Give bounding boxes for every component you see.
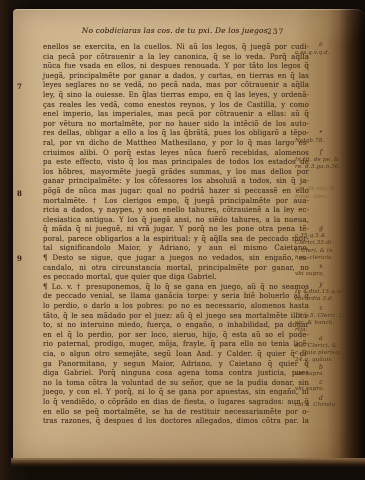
body-line: enellos se exercita, en la cuellos. Ni a… [43,43,309,53]
body-line: diga Gabriel. Porq̃ ninguna cosa agena t… [43,369,309,379]
margin-note: col.6. Christo. [295,402,347,409]
photo-background: No cobdiciaras las cos. de tu pxi. De lo… [0,0,365,480]
body-line: mortalmẽte. † Los clerigos empo, q̃ jue… [43,197,309,207]
body-line: cia, o algun otro semejãte, segũ Ioan … [43,350,309,360]
margin-note: c.ss.q.v.q.d. [295,50,347,57]
body-line: rio paternal, prodigo, muger, mõja, fra… [43,340,309,350]
body-line: nũca fue vsada en ellos, ni despues ren… [43,62,309,72]
body-line: leyes seglares no se vedã, no pecã nad… [43,81,309,91]
body-line: res dellas, obligar a ello a los q̃ las … [43,129,309,139]
body-line: candalo, ni otra circunstancia mortal, p… [43,264,309,274]
body-line: lo perdio, o darlo a los pobres: po no e… [43,302,309,312]
body-line: põgã de nũca mas jugar: qual no podri… [43,187,309,197]
body-line: criuimos alibi. O porq̃ estas leyes nũc… [43,149,309,159]
paragraph-number: 8 [17,189,27,198]
body-line: pa este effecto, visto q̃ los mas princi… [43,158,309,168]
margin-note: x [295,264,347,271]
margin-note: e [295,42,347,49]
body-line: ¶ Lo. v. † presuponemos, q̃ lo q̃ se gan… [43,283,309,293]
body-line: tras razones, q̃ despues d los doctores … [43,417,309,427]
margin-note: rtia. [295,327,347,334]
body-line: cia pecã por cõtrauenir a la ley canon… [43,53,309,63]
body-line: to, si no interuino miedo, fuerça, o eng… [43,321,309,331]
body-line: ga Panormitano, y segun Maior, Adriano, … [43,360,309,370]
body-line: no la toma cõtra la voluntad de su seño… [43,379,309,389]
body-line: por vẽtura no mortalmẽte, por no hauer… [43,120,309,130]
margin-note: 24.q. quãuis. [295,357,347,364]
margin-note: Notab.78. [295,138,347,145]
body-line: lo q̃ vendiẽdo, o cõprãdo en dias de … [43,398,309,408]
body-text: enellos se exercita, en la cuellos. Ni a… [43,43,309,427]
margin-note: hoc. clericis. [295,255,347,262]
body-line: ley, q̃ sino la ouiesse. En q̃las tierra… [43,91,309,101]
paragraph-number: 9 [17,254,27,263]
margin-note: re. d.3.ga.n.36. [295,164,347,171]
body-line: clesiastica antigua. Y los q̃ juegã ans… [43,216,309,226]
margin-note: g [295,226,347,233]
margin-note: c.35.q.5.& [295,233,347,240]
margin-note: z [295,306,347,313]
margin-note: a [295,336,347,343]
margin-note: Clerici.35.di. [295,240,347,247]
margin-note: In tit. de pe. & [295,157,347,164]
body-line: juego, y con el. Y porq̃, ni lo q̃ se ga… [43,388,309,398]
margin-note: cle. de vita & [295,186,347,193]
body-line: ças reales les vedã, como enestos reyno… [43,101,309,111]
body-line: juegã, principalmẽte por ganar a dados… [43,72,309,82]
body-line: tãto, q̃ le sea mãdado por el juez: au… [43,312,309,322]
body-line: enel imperio, las imperiales, mas pecã … [43,110,309,120]
margin-note: t. Cleri. & in [295,248,347,255]
body-line: ganar principalmẽte: y los cõfessores … [43,177,309,187]
margin-note: f [295,150,347,157]
paragraph-number: 7 [17,82,27,91]
margin-note: In 4.dist.15.q.ul. [295,289,347,296]
margin-note: 14.q.5. Cleric. Le [295,313,347,320]
body-line: ral, por vn dicho de Mattheo Mathesilano… [43,139,309,149]
margin-note: c. Quia plerisq; [295,350,347,357]
body-line: los hõbres, mayormẽte juegã grãdes s… [43,168,309,178]
body-line: ¶ Desto se sigue, que jugar a juegos no … [43,254,309,264]
margin-note: vbi supra. [295,386,347,393]
margin-note: vic. & hanch. [295,320,347,327]
body-line: en ello se peq̃ mortalmẽte, se ha de re… [43,408,309,418]
body-line: q̃ mãda q̃ ni jueguẽ, ni vrã jugar. Y… [43,225,309,235]
page-number: 237 [267,27,297,36]
margin-note: vbi supra. [295,371,347,378]
body-line: de peccado venial, se llama ganãcia tor… [43,292,309,302]
margin-note: * [295,131,347,138]
running-head-title: No cobdiciaras las cos. de tu pxi. De lo… [82,26,271,35]
body-line: ricia a dados, y naypes, y son enello ta… [43,206,309,216]
body-line: es peccado mortal, que quier que diga Ga… [43,273,309,283]
margin-note: d.c. Clerici. & [295,343,347,350]
margin-note: vbi supra, [295,271,347,278]
margin-note: y [295,282,347,289]
body-line: en el q̃ lo perdio, por ser loco, sieruo… [43,331,309,341]
body-line: tal significandolo Maior, y Adriano, y a… [43,244,309,254]
page-bottom-edges [11,458,365,467]
margin-note: hone. cleri. [295,194,347,201]
margin-note: cõcordia 3.d. [295,296,347,303]
